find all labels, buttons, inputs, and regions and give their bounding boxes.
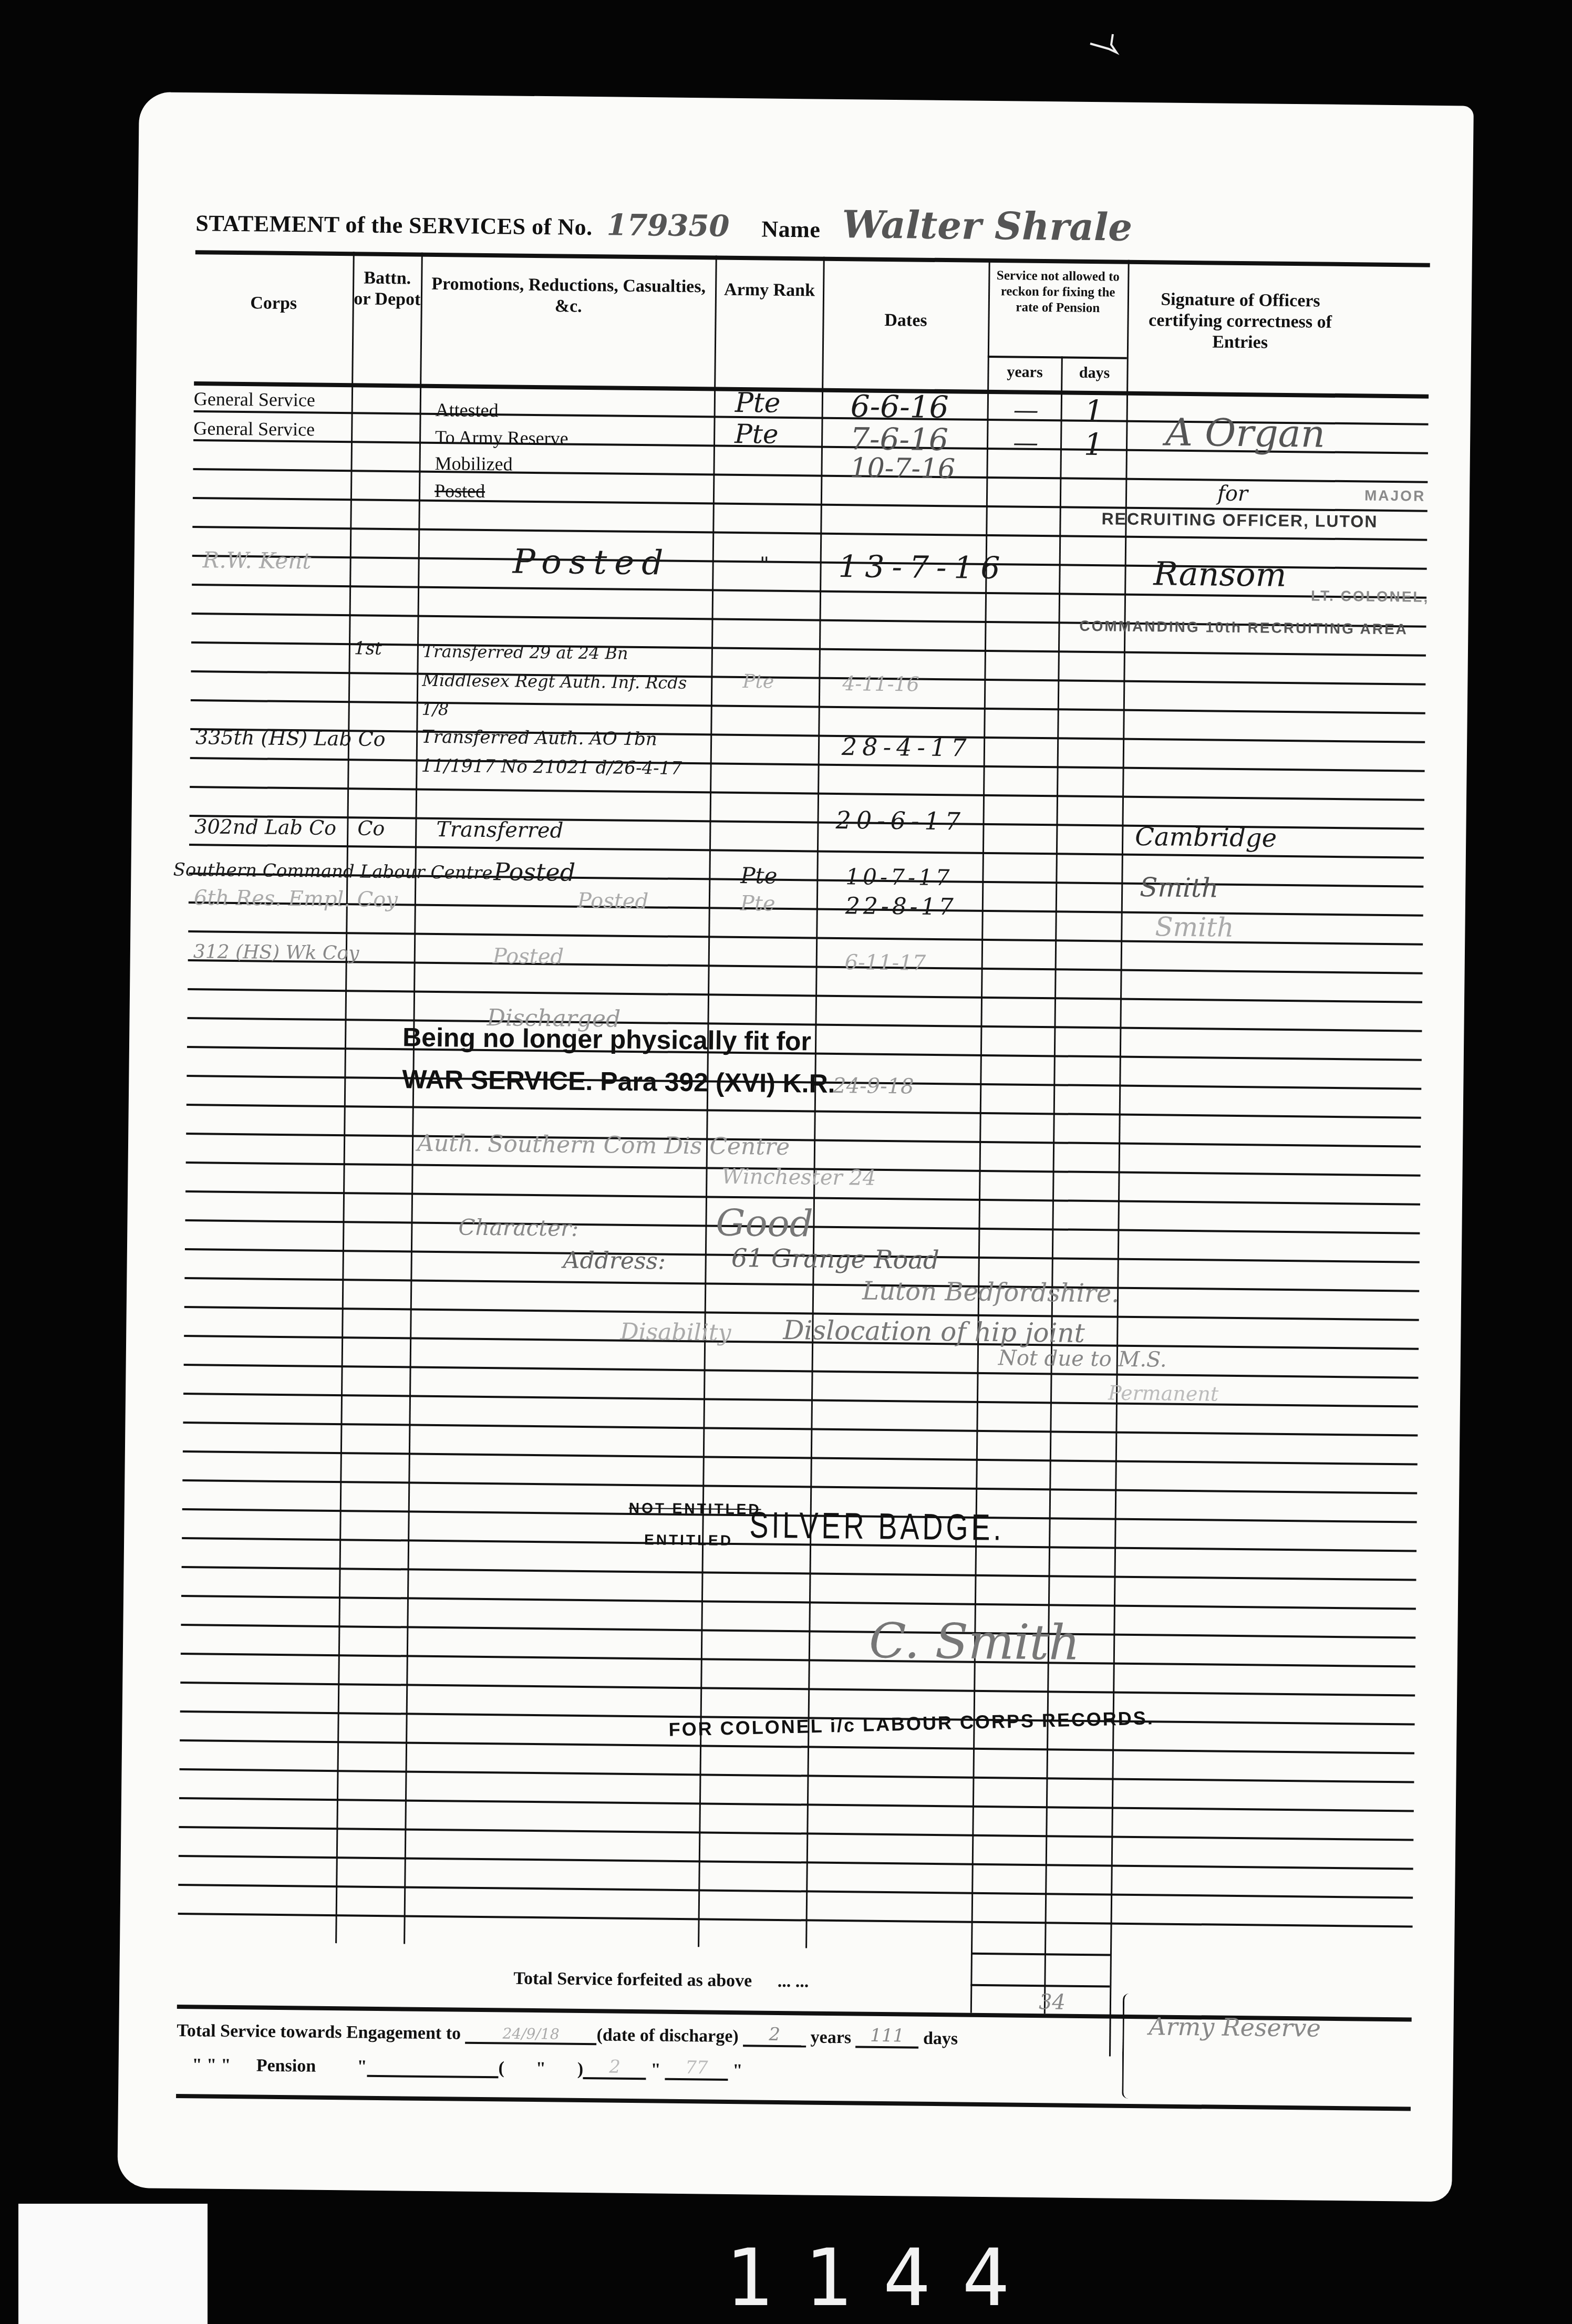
discharge-date: 24-9-18 [833,1074,914,1099]
entry-0-days: 1 [1084,393,1104,429]
entry-7-battalion: Co [357,816,385,840]
col-divider [805,257,825,1948]
pension-ditto-years: " [650,2060,660,2079]
entry-8-corps: Southern Command Labour Centre [173,859,493,884]
col-divider [335,252,355,1943]
pension-ditto-mid: " [536,2059,546,2078]
pension-ditto-days: " [732,2061,742,2080]
pension-days: 77 [665,2057,728,2081]
col-divider [1109,260,1130,2057]
entry-6-event: Transferred Auth. AO 1bn 11/1917 No 2102… [421,723,708,784]
entry-9-rank: Pte [740,891,775,916]
film-label-tab [18,2204,208,2324]
discharge-stamp-line2: WAR SERVICE. Para 392 (XVI) K.R. [402,1064,835,1099]
header-signature: Signature of Officers certifying correct… [1130,289,1351,355]
entry-1-event: To Army Reserve [435,426,568,450]
years-label: years [810,2028,851,2048]
service-record-sheet: STATEMENT of the SERVICES of No. 179350 … [117,92,1474,2202]
rule [190,757,1425,772]
col-divider [1044,356,1063,2014]
entry-4-event: Posted [512,542,670,583]
days-label: days [923,2029,958,2049]
rule [179,1855,1413,1870]
rule-header-bottom [194,381,1429,399]
pension-date-blank [367,2075,498,2079]
entry-9-signature: Smith [1155,911,1234,943]
entry-5-battalion: 1st [354,638,382,659]
date-of-discharge-label: (date of discharge) [596,2025,738,2046]
rule [180,1768,1414,1783]
rule-top [195,250,1430,267]
rule [178,1913,1413,1928]
engagement-date: 24/9/18 [465,2025,596,2046]
rule [183,1422,1418,1437]
entry-0-signature: A Organ [1165,410,1326,455]
rule [188,988,1422,1003]
engagement-years: 2 [743,2024,806,2047]
discharge-stamp-line1: Being no longer physically fit for [402,1022,811,1056]
pension-ditto: " " " [192,2055,231,2075]
rule [183,1450,1418,1466]
rule [188,959,1423,974]
engagement-label: Total Service towards Engagement to [177,2021,461,2043]
entry-5-date: 4-11-16 [842,672,919,696]
rule [184,1277,1419,1292]
entry-9-event: Posted [577,889,649,914]
entry-8-event: Posted [493,857,575,887]
entry-5-rank: Pte [742,671,774,693]
rule [186,1133,1421,1148]
rule [191,699,1425,714]
rule-forfeit [971,1953,1110,1956]
forfeited-days: 34 [1039,1990,1066,2015]
rule [182,1566,1416,1581]
scan-scratch-mark [1088,29,1140,60]
header-promotions: Promotions, Reductions, Casualties, &c. [422,274,716,319]
entry-10-corps: 312 (HS) Wk Coy [193,941,359,964]
entry-7-event: Transferred [436,817,563,843]
address-line1: 61 Grange Road [731,1243,940,1275]
entry-4-rank: " [759,553,769,577]
entry-0-date: 6-6-16 [850,388,949,425]
rule [181,1595,1416,1610]
entry-1-days: 1 [1084,427,1104,462]
rule [191,670,1425,686]
address-line2: Luton Bedfordshire. [862,1277,1120,1309]
rule [188,930,1423,946]
rule-forfeit-2 [970,1984,1110,1988]
header-corps: Corps [195,292,353,315]
header-days: days [1062,363,1126,382]
entry-0-event: Attested [435,399,498,421]
forfeited-dots: ... ... [778,1972,809,1991]
entry-4-corps: R.W. Kent [202,547,311,574]
service-number: 179350 [606,207,729,243]
entry-6-date: 28-4-17 [842,732,972,762]
rule [184,1364,1419,1379]
stamp-entitled: ENTITLED [644,1531,733,1549]
header-army-rank: Army Rank [716,279,823,302]
rule [178,1884,1413,1899]
rule-years-days [988,356,1127,359]
rule [179,1797,1414,1812]
entry-7-date: 20-6-17 [835,806,966,836]
stamp-commanding: COMMANDING 10th RECRUITING AREA [1079,618,1408,638]
stamp-silver-badge: SILVER BADGE. [749,1504,1005,1549]
entry-3-event: Posted [435,480,485,502]
forfeited-row: Total Service forfeited as above ... ... [513,1969,809,1992]
rule [187,1104,1421,1119]
discharge-centre-location: Winchester 24 [721,1165,876,1190]
engagement-row: Total Service towards Engagement to 24/9… [177,2018,958,2049]
entry-2-event: Mobilized [435,452,512,475]
stamp-lt-colonel: LT. COLONEL, [1311,587,1430,605]
soldier-name: Walter Shrale [842,202,1133,250]
header-battalion: Battn. or Depot [354,267,421,310]
entry-6-corps: 335th (HS) Lab Co [195,725,386,751]
rule [190,786,1424,801]
entry-1-corps: General Service [193,417,315,440]
entry-0-years: — [1013,395,1039,424]
entry-8-rank: Pte [740,863,778,889]
disability-label: Disability [620,1319,731,1346]
stamp-labour-corps-records: FOR COLONEL i/c LABOUR CORPS RECORDS. [668,1707,1154,1741]
title-label: STATEMENT of the SERVICES of No. [195,210,593,240]
entry-7-signature: Cambridge [1135,822,1277,853]
entry-4-signature: Ransom [1153,554,1287,594]
rule [179,1826,1413,1841]
entry-1-years: — [1013,428,1039,457]
col-divider [698,256,717,1947]
entry-0-corps: General Service [194,388,315,411]
character-label: Character: [458,1214,578,1241]
entry-8-date: 10-7-17 [845,864,953,890]
pension-label: Pension [256,2056,316,2076]
entry-5-event: Transferred 29 at 24 Bn Middlesex Regt A… [421,637,706,727]
disability-value: Dislocation of hip joint [783,1315,1085,1348]
entry-0-rank: Pte [735,387,781,419]
disability-note: Not due to M.S. [998,1346,1167,1372]
pension-ditto-open: " [357,2057,367,2077]
rule [180,1739,1414,1755]
entry-7-corps: 302nd Lab Co [194,815,336,839]
entry-9-date: 22-8-17 [845,893,957,920]
entry-8-signature: Smith [1140,872,1219,904]
entry-3-signature: for [1217,482,1248,506]
permanent-note: Permanent [1108,1381,1218,1405]
entry-10-event: Posted [493,944,564,969]
entry-2-date: 10-7-16 [850,452,955,485]
rule [193,468,1428,483]
header-service-not-allowed: Service not allowed to reckon for fixing… [991,268,1125,317]
entry-9-corps: 6th Res. Empl. Coy [194,886,398,912]
record-header: STATEMENT of the SERVICES of No. 179350 … [195,195,1133,250]
rule [182,1479,1417,1495]
stamp-not-entitled: NOT ENTITLED [629,1500,761,1518]
rule [181,1624,1415,1639]
entry-1-rank: Pte [735,419,779,450]
header-years: years [988,362,1061,382]
address-label: Address: [563,1247,666,1275]
engagement-days: 111 [855,2025,918,2048]
header-dates: Dates [823,309,988,332]
side-note-army-reserve: Army Reserve [1149,2012,1321,2042]
col-divider [404,253,423,1944]
discharge-centre: Auth. Southern Com Dis Centre [417,1130,790,1160]
pension-years: 2 [583,2056,646,2080]
entry-4-date: 13-7-16 [838,548,1007,586]
rule [180,1682,1415,1697]
rule [183,1393,1418,1408]
stamp-major: MAJOR [1364,487,1425,504]
entry-10-date: 6-11-17 [844,950,926,976]
frame-number: 1144 [725,2233,1041,2324]
forfeited-label: Total Service forfeited as above [513,1969,752,1991]
rule [181,1653,1415,1668]
name-label: Name [761,216,820,242]
character-value: Good [716,1201,813,1246]
pension-row: " " " Pension "(")2 " 77 " [192,2052,742,2081]
officer-signature: C. Smith [869,1613,1081,1671]
stamp-recruiting-officer: RECRUITING OFFICER, LUTON [1101,509,1378,532]
services-table: Corps Battn. or Depot Promotions, Reduct… [176,250,1430,2101]
rule-bottom [176,2094,1411,2111]
brace [1122,1994,1132,2099]
